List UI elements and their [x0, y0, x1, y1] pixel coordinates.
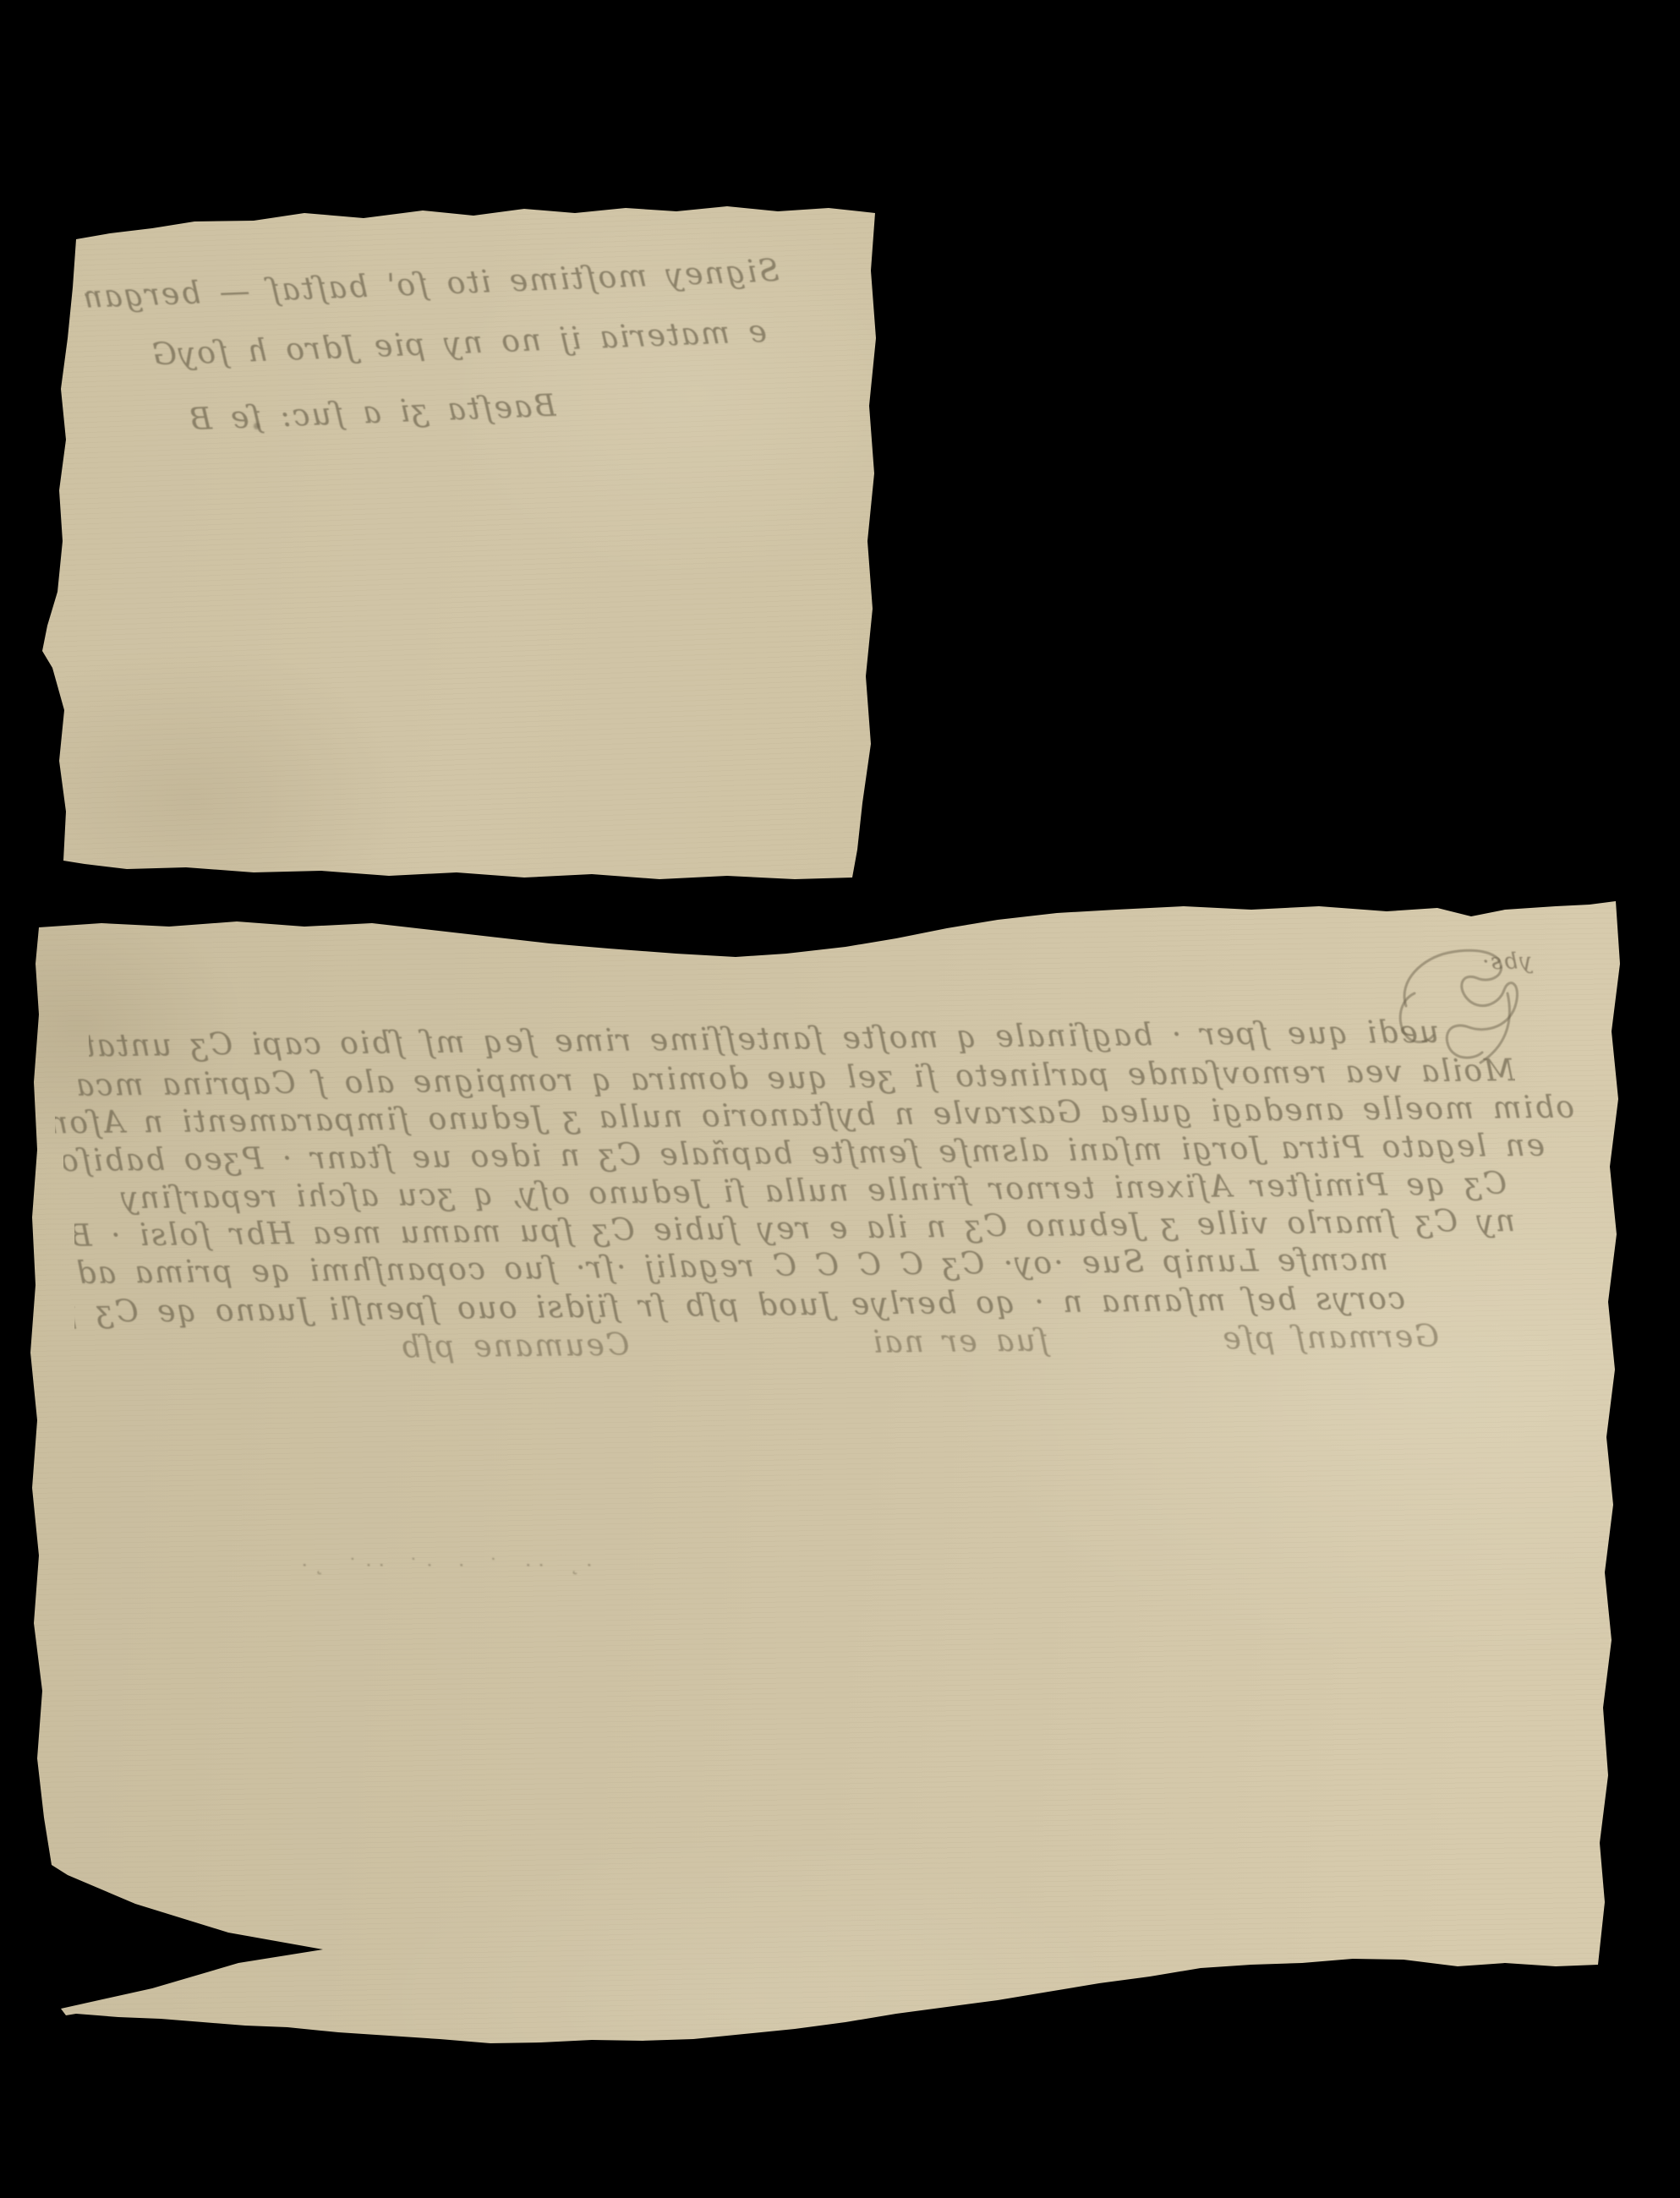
script-line: Baeſta ʒi a ſuc: ſe BenB	[189, 388, 556, 441]
photo-background: Signey moſtime ito ſo' baſtaſ — bergamaſ…	[0, 0, 1680, 2198]
manuscript-fragment-bottom: ybs· uedi que ſper · bagſinale q moſte ſ…	[30, 899, 1623, 2048]
ink-dot	[254, 423, 260, 429]
faint-offset-marks-text: ·¸ ·· ˙ · ·˙ ··˙ ¸·	[338, 1554, 592, 1576]
script-line: e materia ij no ny pie Jdro h ſoyG	[147, 314, 767, 376]
script-line: Signey moſtime ito ſo' baſtaſ — bergamaſ…	[84, 253, 780, 319]
manuscript-fragment-top: Signey moſtime ito ſo' baſtaſ — bergamaſ…	[39, 205, 881, 882]
script-line-text: e materia ij no ny pie Jdro h ſoyG	[147, 314, 767, 375]
script-line-text: Baeſta ʒi a ſuc: ſe BenB	[189, 388, 556, 440]
script-line-text: Signey moſtime ito ſo' baſtaſ — bergamaſ…	[84, 253, 780, 317]
faint-offset-marks: ·¸ ·· ˙ · ·˙ ··˙ ¸·	[338, 1554, 592, 1579]
